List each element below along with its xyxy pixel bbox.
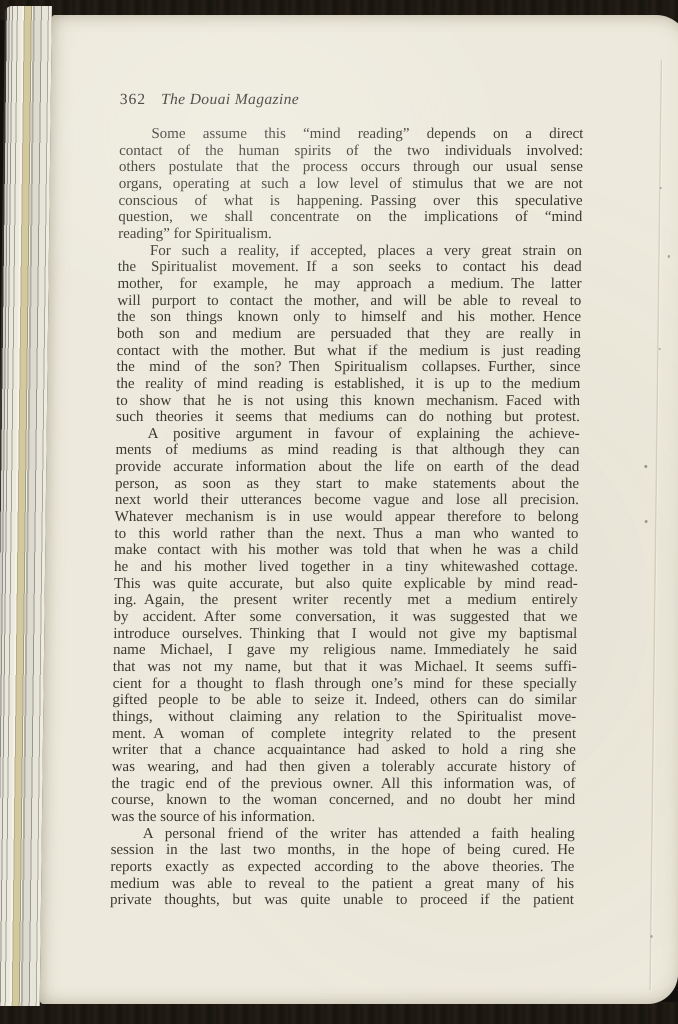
book-scan: 362The Douai Magazine Some assume this “…: [0, 0, 678, 1024]
text-line: reading” for Spiritualism.: [118, 226, 582, 243]
text-line: contact with the mother. But what if the…: [117, 343, 581, 360]
text-line: gifted people to be able to seize it. In…: [112, 692, 576, 709]
text-line: was the source of his information.: [111, 809, 575, 826]
text-line: conscious of what is happening. Passing …: [118, 193, 582, 210]
text-line: the reality of mind reading is establish…: [116, 376, 580, 393]
text-line: the Spiritualist movement. If a son seek…: [118, 259, 582, 276]
text-line: ments of mediums as mind reading is that…: [115, 442, 579, 459]
text-line: Some assume this “mind reading” depends …: [119, 126, 583, 143]
text-line: A positive argument in favour of explain…: [116, 426, 580, 443]
text-line: person, as soon as they start to make st…: [115, 476, 579, 493]
text-line: by accident. After some conversation, it…: [113, 609, 577, 626]
text-line: course, known to the woman concerned, an…: [111, 792, 575, 809]
ink-speck: [660, 187, 662, 189]
open-book: 362The Douai Magazine Some assume this “…: [0, 0, 678, 1024]
text-line: he and his mother lived together in a ti…: [114, 559, 578, 576]
text-line: ing. Again, the present writer recently …: [114, 592, 578, 609]
text-line: to show that he is not using this known …: [116, 393, 580, 410]
text-line: name Michael, I gave my religious name. …: [113, 642, 577, 659]
text-line: organs, operating at such a low level of…: [119, 176, 583, 193]
paragraph: For such a reality, if accepted, places …: [116, 243, 582, 426]
text-line: that was not my name, but that it was Mi…: [113, 659, 577, 676]
text-line: next world their utterances become vague…: [115, 492, 579, 509]
text-line: was wearing, and had then given a tolera…: [112, 759, 576, 776]
text-line: the mind of the son? Then Spiritualism c…: [116, 359, 580, 376]
paragraph: A personal friend of the writer has atte…: [110, 826, 575, 909]
text-line: make contact with his mother was told th…: [114, 542, 578, 559]
text-line: mother, for example, he may approach a m…: [117, 276, 581, 293]
text-line: For such a reality, if accepted, places …: [118, 243, 582, 260]
text-line: cient for a thought to flash through one…: [113, 676, 577, 693]
text-line: Whatever mechanism is in use would appea…: [115, 509, 579, 526]
text-line: This was quite accurate, but also quite …: [114, 576, 578, 593]
text-line: medium was able to reveal to the patient…: [110, 876, 574, 893]
text-line: reports exactly as expected according to…: [110, 859, 574, 876]
page-crease: [649, 60, 663, 990]
journal-title: The Douai Magazine: [161, 91, 299, 108]
text-line: the tragic end of the previous owner. Al…: [111, 776, 575, 793]
text-line: things, without claiming any relation to…: [112, 709, 576, 726]
ink-speck: [645, 520, 648, 523]
page-number: 362: [120, 91, 146, 108]
text-line: introduce ourselves. Thinking that I wou…: [113, 626, 577, 643]
text-line: session in the last two months, in the h…: [111, 842, 575, 859]
text-line: such theories it seems that mediums can …: [116, 409, 580, 426]
page-header: 362The Douai Magazine: [120, 91, 584, 109]
text-line: others postulate that the process occurs…: [119, 159, 583, 176]
text-line: question, we shall concentrate on the im…: [118, 209, 582, 226]
paragraph: Some assume this “mind reading” depends …: [118, 126, 583, 243]
text-line: provide accurate information about the l…: [115, 459, 579, 476]
text-line: private thoughts, but was quite unable t…: [110, 892, 574, 909]
text-line: A personal friend of the writer has atte…: [111, 826, 575, 843]
ink-speck: [668, 255, 670, 258]
text-line: to this world rather than the next. Thus…: [114, 526, 578, 543]
text-line: the son things known only to himself and…: [117, 309, 581, 326]
ink-speck: [644, 465, 647, 468]
text-line: will purport to contact the mother, and …: [117, 293, 581, 310]
text-line: writer that a chance acquaintance had as…: [112, 742, 576, 759]
paragraph: A positive argument in favour of explain…: [111, 426, 580, 826]
page-body: Some assume this “mind reading” depends …: [110, 126, 584, 909]
text-line: ment. A woman of complete integrity rela…: [112, 726, 576, 743]
book-page: 362The Douai Magazine Some assume this “…: [40, 15, 678, 1004]
text-line: contact of the human spirits of the two …: [119, 143, 583, 160]
ink-speck: [659, 348, 661, 350]
text-line: both son and medium are persuaded that t…: [117, 326, 581, 343]
